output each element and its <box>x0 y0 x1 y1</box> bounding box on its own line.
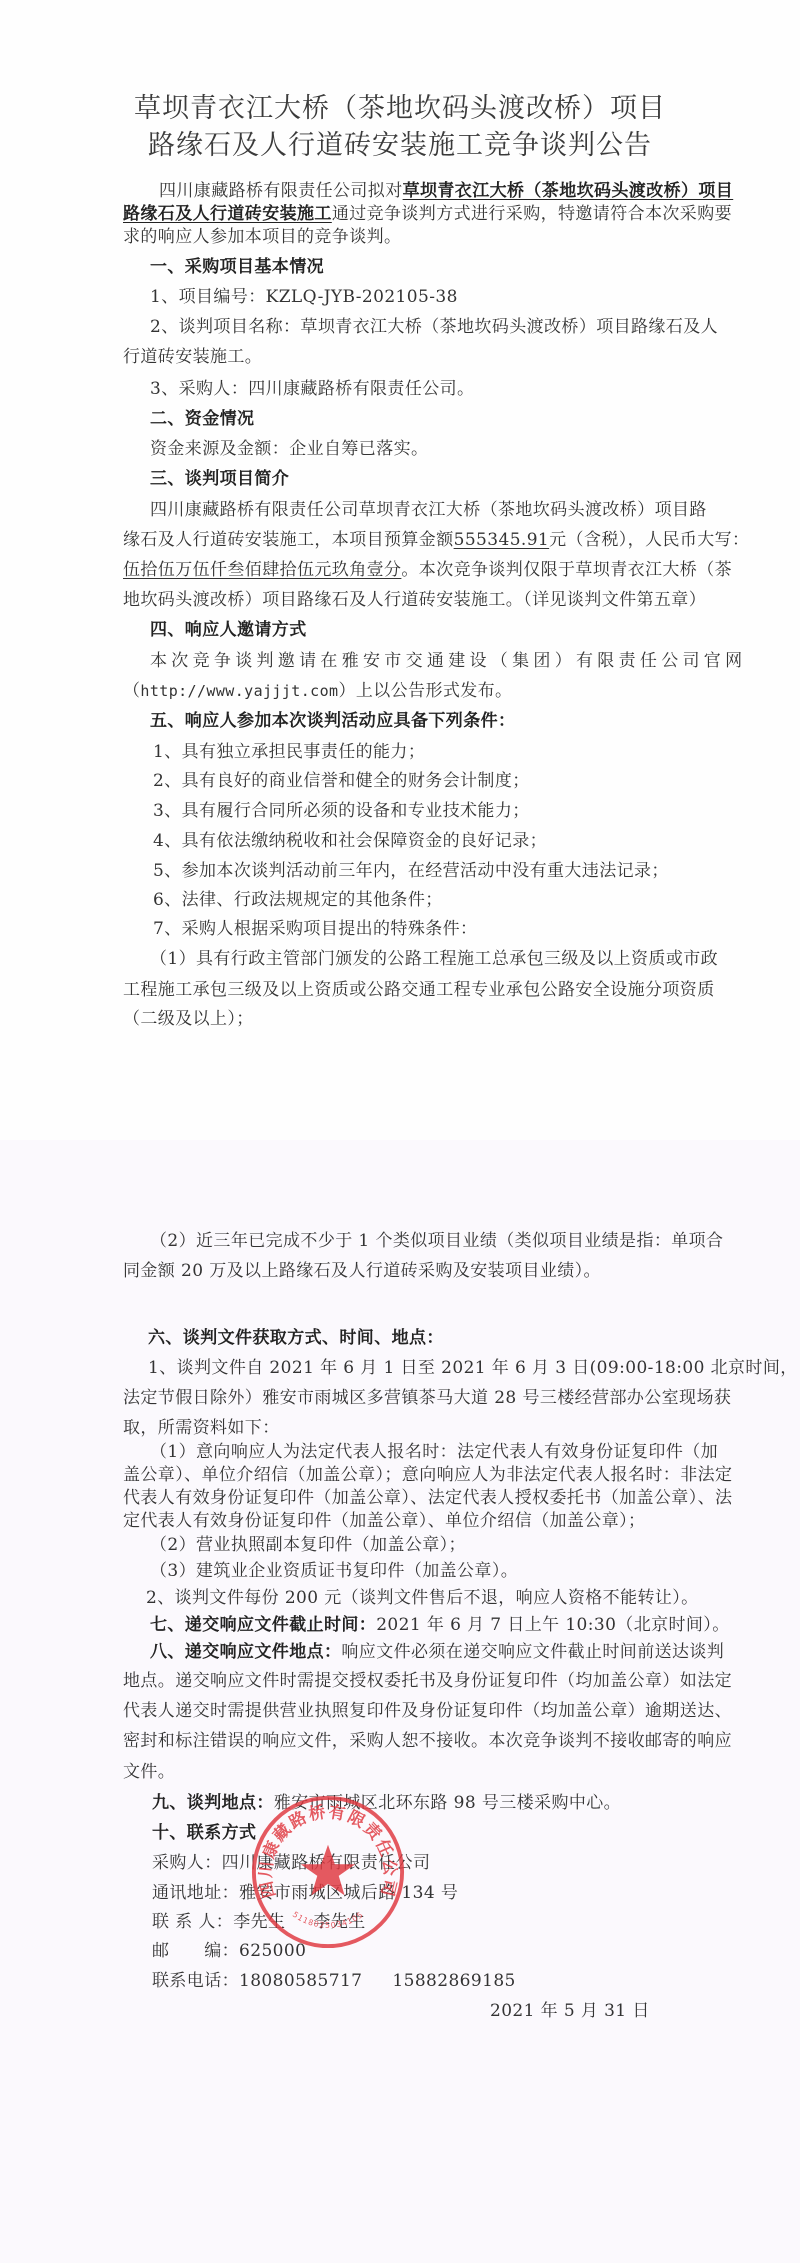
section-8-line-2: 地点。递交响应文件时需提交授权委托书及身份证复印件（均加盖公章）如法定 <box>123 1670 732 1692</box>
section-4-heading: 四、响应人邀请方式 <box>150 619 307 641</box>
project-name-underlined: 草坝青衣江大桥（茶地坎码头渡改桥）项目 <box>403 181 734 201</box>
section-6-p1-line-2: 法定节假日除外）雅安市雨城区多营镇茶马大道 28 号三楼经营部办公室现场获 <box>123 1387 731 1409</box>
purchaser-value: 四川康藏路桥有限责任公司 <box>222 1853 431 1873</box>
condition-2: 2、具有良好的商业信誉和健全的财务会计制度； <box>153 770 530 792</box>
intro-line-2: 路缘石及人行道砖安装施工通过竞争谈判方式进行采购，特邀请符合本次采购要 <box>123 203 732 225</box>
contact-address: 通讯地址：雅安市雨城区城后路 134 号 <box>152 1882 458 1904</box>
requirement-1-line-4: 定代表人有效身份证复印件（加盖公章）、单位介绍信（加盖公章）； <box>123 1510 645 1532</box>
special-condition-2-line-1: （2）近三年已完成不少于 1 个类似项目业绩（类似项目业绩是指：单项合 <box>150 1230 723 1252</box>
address-label: 通讯地址： <box>152 1883 239 1903</box>
project-name-line-1: 2、谈判项目名称：草坝青衣江大桥（茶地坎码头渡改桥）项目路缘石及人 <box>150 316 718 338</box>
contact-purchaser: 采购人：四川康藏路桥有限责任公司 <box>152 1852 430 1874</box>
section-6-p1-line-3: 取，所需资料如下： <box>123 1417 280 1439</box>
budget-in-words: 伍拾伍万伍仟叁佰肆拾伍元玖角壹分 <box>123 560 401 580</box>
contact-postcode: 邮 编：625000 <box>152 1940 306 1962</box>
purchaser: 3、采购人：四川康藏路桥有限责任公司。 <box>150 378 474 400</box>
contact-person-2: 李先生 <box>313 1912 365 1932</box>
section-4-line-2: （http://www.yajjjt.com）上以公告形式发布。 <box>123 680 512 702</box>
address-value: 雅安市雨城区城后路 134 号 <box>239 1883 458 1903</box>
special-condition-1-line-2: 工程施工承包三级及以上资质或公路交通工程专业承包公路安全设施分项资质 <box>123 979 715 1001</box>
project-number: 1、项目编号：KZLQ-JYB-202105-38 <box>150 286 458 308</box>
project-name-line-2: 行道砖安装施工。 <box>123 346 262 368</box>
purchaser-label: 采购人： <box>152 1853 222 1873</box>
document-fee: 2、谈判文件每份 200 元（谈判文件售后不退，响应人资格不能转让）。 <box>146 1587 699 1609</box>
budget-label: 缘石及人行道砖安装施工，本项目预算金额 <box>123 530 454 550</box>
section-3-heading: 三、谈判项目简介 <box>150 468 289 490</box>
contact-person-1: 李先生 <box>233 1912 285 1932</box>
intro-line-1: 四川康藏路桥有限责任公司拟对草坝青衣江大桥（茶地坎码头渡改桥）项目 <box>159 180 733 202</box>
requirement-1-line-2: 盖公章）、单位介绍信（加盖公章）；意向响应人为非法定代表人报名时：非法定 <box>123 1464 732 1486</box>
document-title-line-1: 草坝青衣江大桥（茶地坎码头渡改桥）项目 <box>0 92 800 126</box>
section-2-heading: 二、资金情况 <box>150 408 254 430</box>
section-7: 七、递交响应文件截止时间：2021 年 6 月 7 日上午 10:30（北京时间… <box>150 1614 730 1636</box>
document-date: 2021 年 5 月 31 日 <box>490 2000 650 2022</box>
section-3-line-4: 地坎码头渡改桥）项目路缘石及人行道砖安装施工。（详见谈判文件第五章） <box>123 589 706 611</box>
condition-7: 7、采购人根据采购项目提出的特殊条件： <box>153 918 477 940</box>
section-8-text: 响应文件必须在递交响应文件截止时间前送达谈判 <box>341 1642 724 1662</box>
section-3-line-2: 缘石及人行道砖安装施工，本项目预算金额555345.91元（含税），人民币大写： <box>123 529 749 551</box>
section-8-heading: 八、递交响应文件地点： <box>150 1642 341 1662</box>
intro-text: 通过竞争谈判方式进行采购，特邀请符合本次采购要 <box>332 204 732 224</box>
section-4-text: ）上以公告形式发布。 <box>338 681 512 701</box>
section-5-heading: 五、响应人参加本次谈判活动应具备下列条件： <box>150 710 515 732</box>
phone-1: 18080585717 <box>239 1971 362 1991</box>
phone-label: 联系电话： <box>152 1971 239 1991</box>
postcode-value: 625000 <box>239 1941 306 1961</box>
budget-suffix: 元（含税），人民币大写： <box>549 530 749 550</box>
special-condition-2-line-2: 同金额 20 万及以上路缘石及人行道砖采购及安装项目业绩）。 <box>123 1260 601 1282</box>
section-3-line-3: 伍拾伍万伍仟叁佰肆拾伍元玖角壹分。本次竞争谈判仅限于草坝青衣江大桥（茶 <box>123 559 732 581</box>
section-3-line-1: 四川康藏路桥有限责任公司草坝青衣江大桥（茶地坎码头渡改桥）项目路 <box>150 499 707 521</box>
requirement-1-line-3: 代表人有效身份证复印件（加盖公章）、法定代表人授权委托书（加盖公章）、法 <box>123 1487 732 1509</box>
section-8-line-3: 代表人递交时需提供营业执照复印件及身份证复印件（均加盖公章）逾期送达、 <box>123 1700 732 1722</box>
contact-label: 联 系 人： <box>152 1912 233 1932</box>
section-1-heading: 一、采购项目基本情况 <box>150 256 324 278</box>
condition-5: 5、参加本次谈判活动前三年内，在经营活动中没有重大违法记录； <box>153 860 669 882</box>
intro-line-3: 求的响应人参加本项目的竞争谈判。 <box>123 226 401 248</box>
section-8-line-4: 密封和标注错误的响应文件，采购人恕不接收。本次竞争谈判不接收邮寄的响应 <box>123 1730 732 1752</box>
section-10-heading: 十、联系方式 <box>152 1822 256 1844</box>
section-8-line-1: 八、递交响应文件地点：响应文件必须在递交响应文件截止时间前送达谈判 <box>150 1641 724 1663</box>
website-link[interactable]: http://www.yajjjt.com <box>140 682 338 700</box>
intro-text: 四川康藏路桥有限责任公司拟对 <box>159 181 403 201</box>
condition-1: 1、具有独立承担民事责任的能力； <box>153 741 425 763</box>
funding-source: 资金来源及金额：企业自筹已落实。 <box>150 438 428 460</box>
postcode-label: 邮 编： <box>152 1941 239 1961</box>
paren-open: （ <box>123 681 140 701</box>
contact-phone: 联系电话：1808058571715882869185 <box>152 1970 516 1992</box>
phone-2: 15882869185 <box>392 1971 515 1991</box>
section-6-p1-line-1: 1、谈判文件自 2021 年 6 月 1 日至 2021 年 6 月 3 日(0… <box>148 1357 798 1379</box>
special-condition-1-line-1: （1）具有行政主管部门颁发的公路工程施工总承包三级及以上资质或市政 <box>150 948 718 970</box>
condition-6: 6、法律、行政法规规定的其他条件； <box>153 889 443 911</box>
section-6-heading: 六、谈判文件获取方式、时间、地点： <box>148 1327 444 1349</box>
condition-4: 4、具有依法缴纳税收和社会保障资金的良好记录； <box>153 830 547 852</box>
document-title-line-2: 路缘石及人行道砖安装施工竞争谈判公告 <box>0 129 800 163</box>
section-9-heading: 九、谈判地点： <box>152 1793 274 1813</box>
section-4-line-1: 本次竞争谈判邀请在雅安市交通建设（集团）有限责任公司官网 <box>150 650 746 672</box>
requirement-3: （3）建筑业企业资质证书复印件（加盖公章）。 <box>150 1560 518 1582</box>
submission-deadline: 2021 年 6 月 7 日上午 10:30（北京时间）。 <box>376 1615 729 1635</box>
budget-amount: 555345.91 <box>454 530 550 550</box>
section-3-text: 。本次竞争谈判仅限于草坝青衣江大桥（茶 <box>401 560 732 580</box>
contact-person: 联 系 人：李先生李先生 <box>152 1911 366 1933</box>
requirement-2: （2）营业执照副本复印件（加盖公章）； <box>150 1534 466 1556</box>
project-name-underlined-cont: 路缘石及人行道砖安装施工 <box>123 204 332 224</box>
condition-3: 3、具有履行合同所必须的设备和专业技术能力； <box>153 800 530 822</box>
section-8-line-5: 文件。 <box>123 1761 175 1783</box>
section-9: 九、谈判地点：雅安市雨城区北环东路 98 号三楼采购中心。 <box>152 1792 621 1814</box>
negotiation-location: 雅安市雨城区北环东路 98 号三楼采购中心。 <box>274 1793 621 1813</box>
special-condition-1-line-3: （二级及以上）； <box>123 1008 254 1030</box>
section-7-heading: 七、递交响应文件截止时间： <box>150 1615 376 1635</box>
requirement-1-line-1: （1）意向响应人为法定代表人报名时：法定代表人有效身份证复印件（加 <box>150 1441 718 1463</box>
